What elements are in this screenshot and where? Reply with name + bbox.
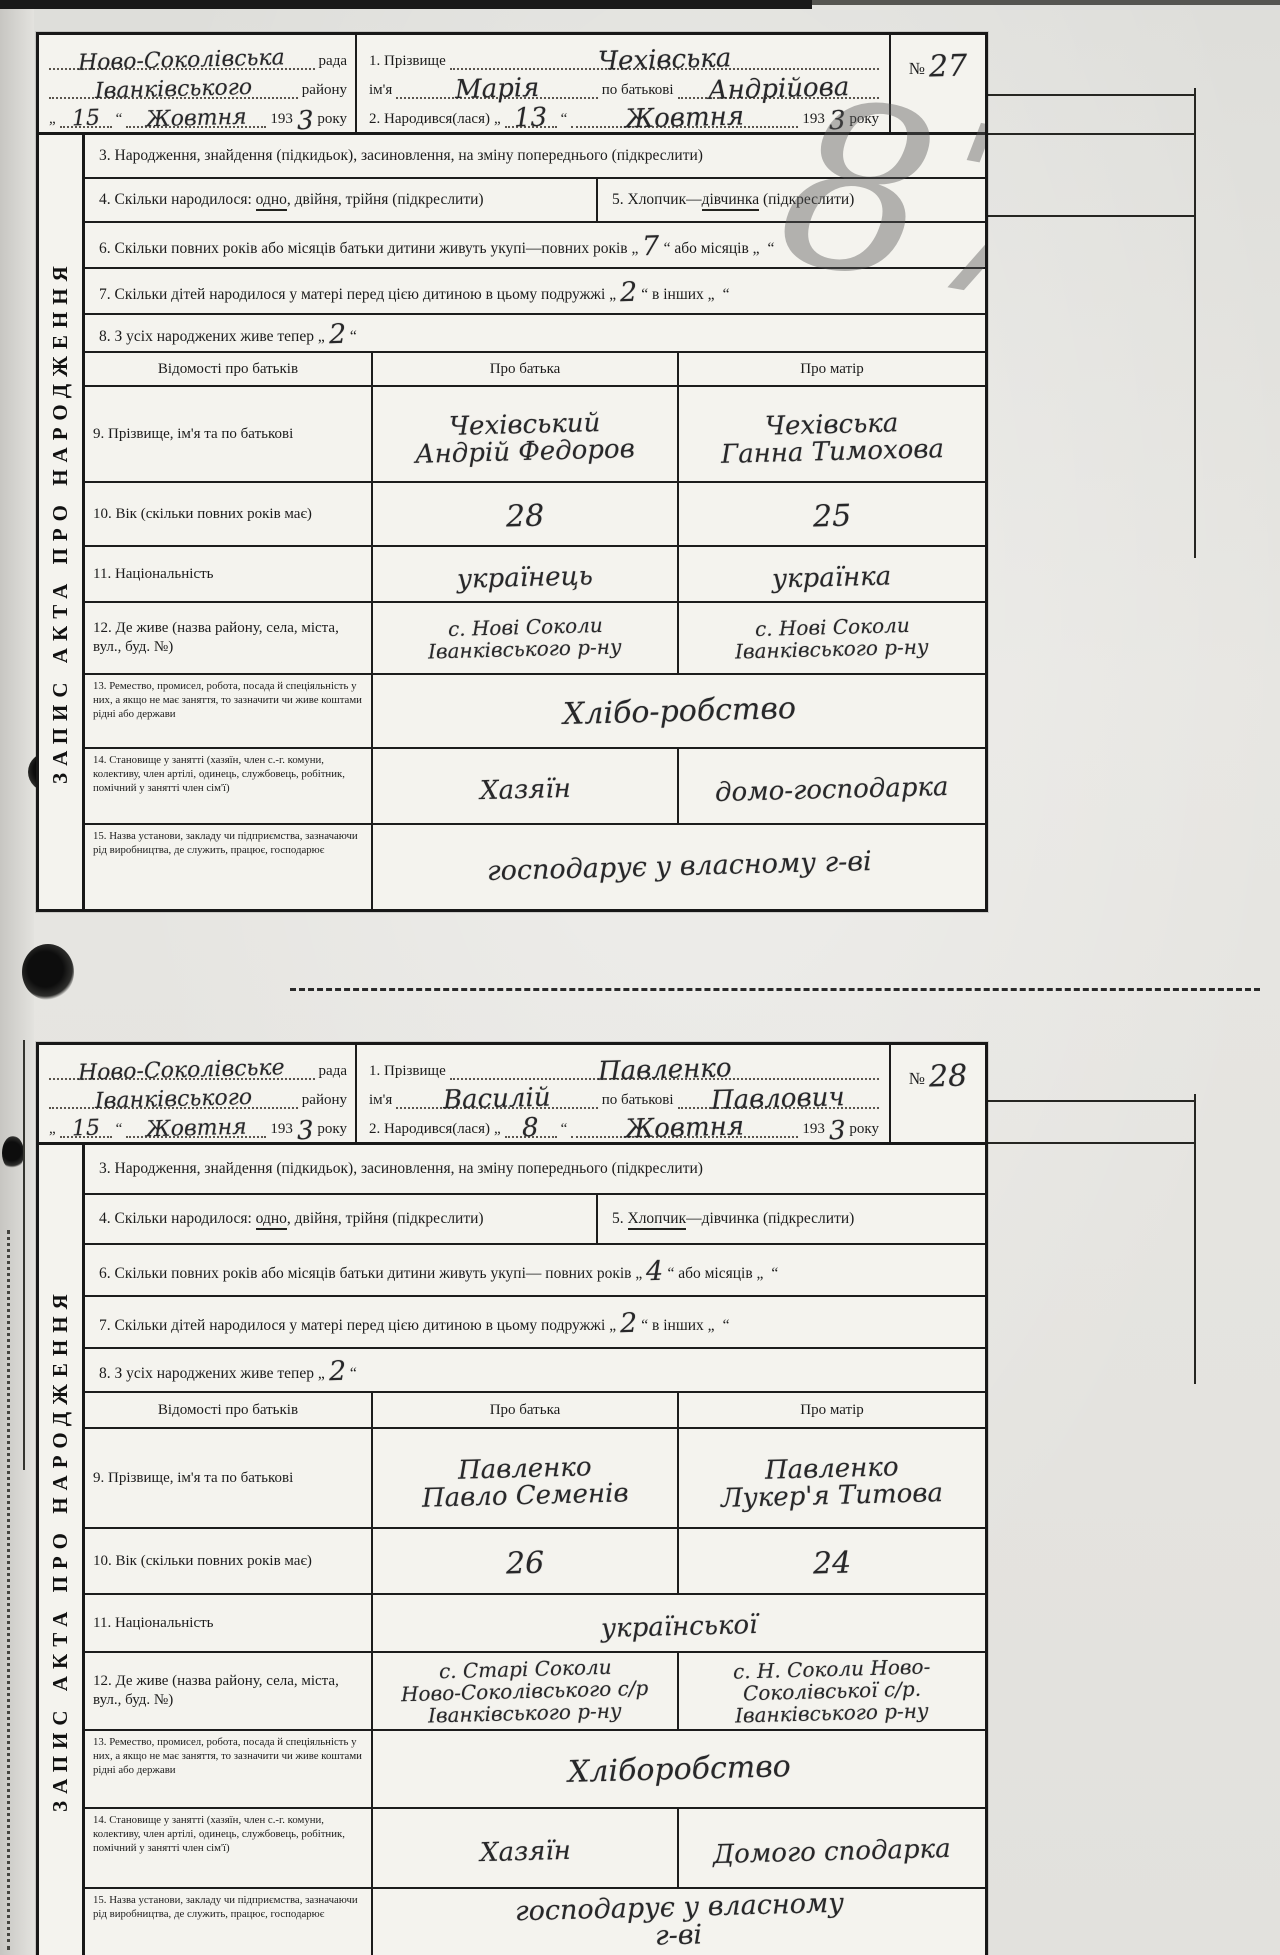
margin-rule-line	[988, 1142, 1194, 1144]
row8-count-handwriting: 2	[328, 322, 346, 347]
occupation-handwriting: Хлібо-робство	[562, 694, 796, 727]
father-status-cell: Хазяїн	[373, 1809, 679, 1887]
council-name-handwriting: Ново-Соколівське	[78, 1058, 285, 1083]
record-number-box: № 27	[889, 35, 985, 132]
row-parent-ages: 10. Вік (скільки повних років має) 28 25	[85, 483, 985, 547]
surname-label: 1. Прізвище	[369, 53, 446, 70]
quote-mark: „	[494, 111, 501, 128]
row-birth-type: 3. Народження, знайдення (підкидьок), за…	[85, 135, 985, 179]
father-name-handwriting: Павленко	[458, 1456, 592, 1483]
row-occupation: 13. Ремество, промисел, робота, посада й…	[85, 1731, 985, 1809]
father-status-handwriting: Хазяїн	[479, 1840, 570, 1866]
father-age-cell: 28	[373, 483, 679, 545]
birth-day-handwriting: 8	[522, 1117, 539, 1141]
row5-prefix: 5.	[612, 191, 624, 208]
mother-residence-cell: с. Н. Соколи Ново- Соколівської с/р. Іва…	[679, 1653, 985, 1729]
row14-label: 14. Становище у занятті (хазяїн, член с.…	[85, 1809, 373, 1887]
date-month-handwriting: Жовтня	[146, 108, 247, 130]
row13-label: 13. Ремество, промисел, робота, посада й…	[85, 675, 373, 747]
child-fields-block: 1. Прізвище Павленко ім'я Василій по бат…	[357, 1045, 889, 1142]
row8-end: “	[350, 328, 357, 345]
surname-line: Павленко	[450, 1054, 879, 1080]
mother-name-cell: Чехівська Ганна Тимохова	[679, 387, 985, 481]
row6-mid: “ або місяців „	[667, 1265, 763, 1282]
sidebar-vertical-title: ЗАПИС АКТА ПРО НАРОДЖЕННЯ	[39, 1145, 82, 1955]
date-day-handwriting: 15	[71, 1119, 100, 1140]
row-parent-names: 9. Прізвище, ім'я та по батькові Павленк…	[85, 1429, 985, 1529]
row-nationality: 11. Національність українець українка	[85, 547, 985, 603]
row13-label: 13. Ремество, промисел, робота, посада й…	[85, 1731, 373, 1807]
row-previous-children: 7. Скільки дітей народилося у матері пер…	[85, 269, 985, 315]
row5-boy-underlined: Хлопчик	[628, 1210, 687, 1230]
date-month-handwriting: Жовтня	[146, 1118, 247, 1140]
row10-label: 10. Вік (скільки повних років має)	[85, 1529, 373, 1593]
mother-residence-handwriting: Іванківського р-ну	[735, 637, 929, 660]
record-number-handwriting: 28	[929, 1063, 968, 1091]
patronymic-handwriting: Андрійова	[707, 76, 849, 103]
roku-label: року	[317, 1121, 347, 1138]
father-name-handwriting: Андрій Федоров	[415, 438, 635, 467]
father-name-handwriting: Павло Семенів	[421, 1482, 628, 1511]
birth-day-line: 8	[505, 1112, 557, 1138]
mother-name-handwriting: Лукер'я Титова	[721, 1482, 944, 1511]
mother-col-header: Про матір	[679, 1393, 985, 1427]
page-edge-stitch-line	[7, 1230, 10, 1950]
mother-nationality-cell: українка	[679, 547, 985, 601]
row7-end: “	[723, 1317, 730, 1334]
parents-table-header: Відомості про батьків Про батька Про мат…	[85, 1393, 985, 1429]
row15-label: 15. Назва установи, закладу чи підприємс…	[85, 1889, 373, 1955]
row4-one-underlined: одно	[256, 1210, 287, 1230]
occupation-cell: Хліборобство	[373, 1731, 985, 1807]
child-fields-block: 1. Прізвище Чехівська ім'я Марія по бать…	[357, 35, 889, 132]
father-nationality-handwriting: українець	[457, 566, 593, 593]
birth-month-handwriting: Жовтня	[625, 105, 745, 131]
mother-status-handwriting: домо-господарка	[715, 776, 949, 805]
row5-cell: 5. Хлопчик—дівчинка (підкреслити)	[598, 179, 985, 221]
row4-one-underlined: одно	[256, 191, 287, 211]
row6-years-handwriting: 4	[646, 1259, 664, 1284]
row8-end: “	[350, 1365, 357, 1382]
mother-name-handwriting: Чехівська	[765, 412, 899, 439]
row6-end: “	[768, 240, 775, 257]
margin-rule-line	[988, 133, 1194, 135]
number-label: №	[909, 59, 925, 78]
row-years-together: 6. Скільки повних років або місяців бать…	[85, 1245, 985, 1297]
row7-prefix: 7. Скільки дітей народилося у матері пер…	[99, 1317, 616, 1334]
birth-day-line: 13	[505, 102, 557, 128]
mother-name-handwriting: Павленко	[765, 1456, 899, 1483]
birth-label: 2. Народився(лася)	[369, 111, 490, 128]
year-handwriting: 3	[297, 109, 314, 133]
row-parent-ages: 10. Вік (скільки повних років має) 26 24	[85, 1529, 985, 1595]
ink-blot	[2, 1136, 24, 1170]
birth-month-handwriting: Жовтня	[625, 1115, 745, 1141]
date-month-line: Жовтня	[126, 1115, 266, 1138]
row9-label: 9. Прізвище, ім'я та по батькові	[85, 387, 373, 481]
row4-rest: , двійня, трійня (підкреслити)	[287, 1210, 484, 1227]
quote-mark: „	[494, 1121, 501, 1138]
father-residence-cell: с. Старі Соколи Ново-Соколівського с/р І…	[373, 1653, 679, 1729]
patronymic-handwriting: Павлович	[711, 1086, 845, 1113]
row-institution: 15. Назва установи, закладу чи підприємс…	[85, 1889, 985, 1955]
year-printed: 193	[270, 1121, 293, 1138]
row6-prefix: 6. Скільки повних років або місяців бать…	[99, 1265, 642, 1282]
year-handwriting: 3	[829, 109, 846, 133]
patronymic-label: по батькові	[602, 1092, 674, 1109]
council-label: рада	[319, 53, 347, 70]
row6-prefix: 6. Скільки повних років або місяців бать…	[99, 240, 638, 257]
row10-label: 10. Вік (скільки повних років має)	[85, 483, 373, 545]
row-occupation: 13. Ремество, промисел, робота, посада й…	[85, 675, 985, 749]
row12-label: 12. Де живе (назва району, села, міста, …	[85, 603, 373, 673]
father-status-cell: Хазяїн	[373, 749, 679, 823]
row12-label: 12. Де живе (назва району, села, міста, …	[85, 1653, 373, 1729]
row3-text: 3. Народження, знайдення (підкидьок), за…	[99, 147, 703, 165]
quote-mark: „	[49, 111, 56, 128]
date-day-handwriting: 15	[71, 109, 100, 130]
row4-rest: , двійня, трійня (підкреслити)	[287, 191, 484, 208]
row11-label: 11. Національність	[85, 1595, 373, 1651]
birth-day-handwriting: 13	[514, 107, 548, 131]
father-col-header: Про батька	[373, 353, 679, 385]
margin-rule-line	[1194, 1094, 1196, 1384]
page-edge-line	[23, 1040, 25, 1470]
row7-mid: “ в інших „	[641, 1317, 714, 1334]
institution-cell: господарує у власному г-ві	[373, 825, 985, 909]
row4-prefix: 4. Скільки народилося:	[99, 1210, 252, 1227]
council-name-line: Ново-Соколівське	[49, 1057, 315, 1080]
row5-cell: 5. Хлопчик—дівчинка (підкреслити)	[598, 1195, 985, 1243]
row8-prefix: 8. З усіх народжених живе тепер „	[99, 1365, 325, 1382]
row-residence: 12. Де живе (назва району, села, міста, …	[85, 1653, 985, 1731]
margin-rule-line	[988, 94, 1194, 96]
mother-name-cell: Павленко Лукер'я Титова	[679, 1429, 985, 1527]
row-living-children: 8. З усіх народжених живе тепер „2“	[85, 315, 985, 353]
row-parent-names: 9. Прізвище, ім'я та по батькові Чехівсь…	[85, 387, 985, 483]
roku-label: року	[849, 111, 879, 128]
row5-girl: дівчинка	[702, 1210, 759, 1227]
row4-prefix: 4. Скільки народилося:	[99, 191, 252, 208]
nationality-cell: української	[373, 1595, 985, 1651]
surname-handwriting: Павленко	[597, 1057, 731, 1084]
district-label: району	[302, 82, 347, 99]
row5-rest: (підкреслити)	[763, 191, 854, 208]
father-age-cell: 26	[373, 1529, 679, 1593]
mother-status-cell: домо-господарка	[679, 749, 985, 823]
mother-age-cell: 24	[679, 1529, 985, 1593]
father-name-cell: Павленко Павло Семенів	[373, 1429, 679, 1527]
dashed-separator-line	[290, 988, 1260, 991]
vertical-sidebar: ЗАПИС АКТА ПРО НАРОДЖЕННЯ	[39, 135, 85, 909]
record-number-box: № 28	[889, 1045, 985, 1142]
birth-month-line: Жовтня	[571, 1112, 798, 1138]
form-header: Ново-Соколівське рада Іванківського райо…	[39, 1045, 985, 1145]
year-printed: 193	[802, 111, 825, 128]
mother-age-handwriting: 24	[813, 1549, 852, 1577]
council-name-line: Ново-Соколівська	[49, 47, 315, 70]
occupation-handwriting: Хліборобство	[567, 1753, 790, 1786]
sidebar-vertical-title: ЗАПИС АКТА ПРО НАРОДЖЕННЯ	[39, 135, 82, 909]
row6-years-handwriting: 7	[642, 234, 660, 259]
occupation-cell: Хлібо-робство	[373, 675, 985, 747]
row3-text: 3. Народження, знайдення (підкидьок), за…	[99, 1160, 703, 1178]
parents-table-header: Відомості про батьків Про батька Про мат…	[85, 353, 985, 387]
birth-record-form-27: 87 Ново-Соколівська рада Іванківського р…	[36, 32, 988, 912]
row7-mid: “ в інших „	[641, 286, 714, 303]
birth-month-line: Жовтня	[571, 102, 798, 128]
given-name-handwriting: Василій	[443, 1087, 551, 1113]
date-month-line: Жовтня	[126, 105, 266, 128]
ink-blot	[22, 944, 74, 1000]
record-number-handwriting: 27	[929, 53, 968, 81]
year-printed: 193	[802, 1121, 825, 1138]
roku-label: року	[317, 111, 347, 128]
father-col-header: Про батька	[373, 1393, 679, 1427]
row5-girl-underlined: дівчинка	[702, 191, 759, 211]
row5-dash: —	[686, 1210, 702, 1227]
mother-nationality-handwriting: українка	[772, 566, 892, 593]
scanned-ledger-page: { "records": [ { "sidebar": "ЗАПИС АКТА …	[0, 0, 1280, 1955]
row11-label: 11. Національність	[85, 547, 373, 601]
row-living-children: 8. З усіх народжених живе тепер „2“	[85, 1349, 985, 1393]
quote-mark: “	[116, 111, 123, 128]
row4-cell: 4. Скільки народилося: одно, двійня, трі…	[85, 179, 598, 221]
row6-end: “	[771, 1265, 778, 1282]
mother-status-handwriting: Домого сподарка	[713, 1838, 951, 1868]
father-nationality-cell: українець	[373, 547, 679, 601]
surname-handwriting: Чехівська	[597, 47, 731, 74]
district-name-line: Іванківського	[49, 76, 298, 99]
row5-rest: (підкреслити)	[763, 1210, 854, 1227]
row15-label: 15. Назва установи, закладу чи підприємс…	[85, 825, 373, 909]
parents-col-header: Відомості про батьків	[85, 353, 373, 385]
form-header: Ново-Соколівська рада Іванківського райо…	[39, 35, 985, 135]
row-birth-type: 3. Народження, знайдення (підкидьок), за…	[85, 1145, 985, 1195]
row-employment-status: 14. Становище у занятті (хазяїн, член с.…	[85, 749, 985, 825]
district-name-handwriting: Іванківського	[95, 1088, 253, 1112]
number-label: №	[909, 1069, 925, 1088]
row7-count-handwriting: 2	[620, 280, 638, 305]
patronymic-label: по батькові	[602, 82, 674, 99]
given-name-line: Василій	[396, 1083, 597, 1109]
institution-handwriting: господарує у власному г-ві	[486, 850, 871, 884]
district-name-handwriting: Іванківського	[95, 78, 253, 102]
row-residence: 12. Де живе (назва району, села, міста, …	[85, 603, 985, 675]
given-name-line: Марія	[396, 73, 597, 99]
father-name-cell: Чехівський Андрій Федоров	[373, 387, 679, 481]
row8-prefix: 8. З усіх народжених живе тепер „	[99, 328, 325, 345]
row4-cell: 4. Скільки народилося: одно, двійня, трі…	[85, 1195, 598, 1243]
date-day-line: 15	[60, 105, 112, 128]
row14-label: 14. Становище у занятті (хазяїн, член с.…	[85, 749, 373, 823]
row5-dash: —	[686, 191, 702, 208]
birth-label: 2. Народився(лася)	[369, 1121, 490, 1138]
row5-prefix: 5.	[612, 1210, 624, 1227]
quote-mark: “	[116, 1121, 123, 1138]
quote-mark: “	[561, 1121, 568, 1138]
row8-count-handwriting: 2	[328, 1359, 346, 1384]
parents-col-header: Відомості про батьків	[85, 1393, 373, 1427]
father-residence-handwriting: Іванківського р-ну	[428, 1701, 622, 1724]
mother-col-header: Про матір	[679, 353, 985, 385]
row-years-together: 6. Скільки повних років або місяців бать…	[85, 223, 985, 269]
father-age-handwriting: 28	[506, 502, 545, 530]
council-label: рада	[319, 1063, 347, 1080]
patronymic-line: Павлович	[678, 1083, 879, 1109]
institution-handwriting: г-ві	[655, 1923, 703, 1949]
quote-mark: “	[561, 111, 568, 128]
surname-label: 1. Прізвище	[369, 1063, 446, 1080]
council-name-handwriting: Ново-Соколівська	[78, 48, 285, 73]
mother-status-cell: Домого сподарка	[679, 1809, 985, 1887]
row-nationality: 11. Національність української	[85, 1595, 985, 1653]
year-printed: 193	[270, 111, 293, 128]
row-multiplicity-and-sex: 4. Скільки народилося: одно, двійня, трі…	[85, 1195, 985, 1245]
margin-rule-line	[1194, 88, 1196, 558]
mother-residence-cell: с. Нові Соколи Іванківського р-ну	[679, 603, 985, 673]
row5-boy: Хлопчик	[628, 191, 687, 208]
father-residence-handwriting: Іванківського р-ну	[428, 637, 622, 660]
vertical-sidebar: ЗАПИС АКТА ПРО НАРОДЖЕННЯ	[39, 1145, 85, 1955]
district-label: району	[302, 1092, 347, 1109]
father-residence-cell: с. Нові Соколи Іванківського р-ну	[373, 603, 679, 673]
surname-line: Чехівська	[450, 44, 879, 70]
birth-record-form-28: Ново-Соколівське рада Іванківського райо…	[36, 1042, 988, 1955]
row-institution: 15. Назва установи, закладу чи підприємс…	[85, 825, 985, 909]
council-block: Ново-Соколівське рада Іванківського райо…	[39, 1045, 357, 1142]
given-name-handwriting: Марія	[455, 77, 540, 103]
row7-prefix: 7. Скільки дітей народилося у матері пер…	[99, 286, 616, 303]
scan-edge-artifact	[812, 0, 1280, 5]
scan-edge-artifact	[0, 0, 812, 9]
council-block: Ново-Соколівська рада Іванківського райо…	[39, 35, 357, 132]
mother-age-handwriting: 25	[813, 502, 852, 530]
district-name-line: Іванківського	[49, 1086, 298, 1109]
mother-name-handwriting: Ганна Тимохова	[720, 438, 944, 467]
mother-age-cell: 25	[679, 483, 985, 545]
year-handwriting: 3	[829, 1119, 846, 1143]
row7-count-handwriting: 2	[620, 1311, 638, 1336]
given-name-label: ім'я	[369, 82, 392, 99]
row-multiplicity-and-sex: 4. Скільки народилося: одно, двійня, трі…	[85, 179, 985, 223]
institution-cell: господарує у власному г-ві	[373, 1889, 985, 1955]
date-day-line: 15	[60, 1115, 112, 1138]
father-status-handwriting: Хазяїн	[479, 778, 570, 804]
father-age-handwriting: 26	[506, 1549, 545, 1577]
patronymic-line: Андрійова	[678, 73, 879, 99]
row-employment-status: 14. Становище у занятті (хазяїн, член с.…	[85, 1809, 985, 1889]
margin-rule-line	[988, 1100, 1194, 1102]
given-name-label: ім'я	[369, 1092, 392, 1109]
row7-end: “	[723, 286, 730, 303]
nationality-handwriting: української	[601, 1614, 758, 1641]
quote-mark: „	[49, 1121, 56, 1138]
row-previous-children: 7. Скільки дітей народилося у матері пер…	[85, 1297, 985, 1349]
row6-mid: “ або місяців „	[664, 240, 760, 257]
margin-rule-line	[988, 215, 1194, 217]
row9-label: 9. Прізвище, ім'я та по батькові	[85, 1429, 373, 1527]
year-handwriting: 3	[297, 1119, 314, 1143]
mother-residence-handwriting: Іванківського р-ну	[735, 1701, 929, 1724]
roku-label: року	[849, 1121, 879, 1138]
